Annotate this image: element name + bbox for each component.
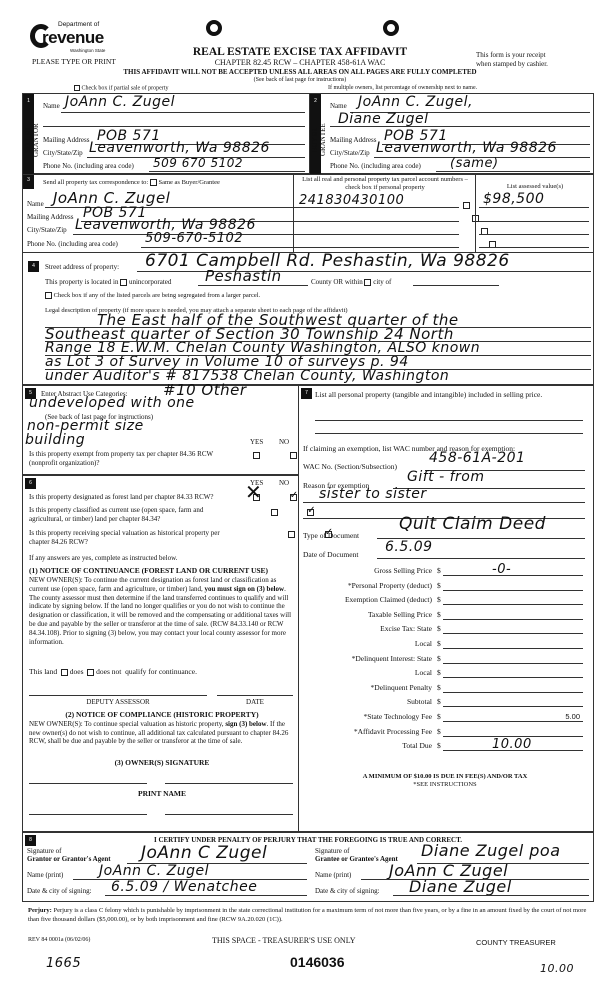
currency-sign: $	[437, 697, 441, 706]
strike-mark-icon: ✕	[245, 480, 262, 504]
exempt-question: Is this property exempt from property ta…	[29, 450, 229, 468]
section-4-property: 4 Street address of property: 6701 Campb…	[22, 253, 594, 385]
multiple-owners-note: If multiple owners, list percentage of o…	[328, 85, 477, 91]
fee-row: Total Due$10.00	[300, 741, 600, 755]
city-of-field[interactable]	[413, 285, 499, 286]
buyer-grantee-label: BUYERGRANTEE	[311, 122, 327, 158]
fee-label: *Delinquent Interest: State	[352, 654, 432, 663]
receipt-note: when stamped by cashier.	[476, 60, 548, 68]
county-treasurer-label: COUNTY TREASURER	[476, 938, 556, 947]
fee-row: *State Technology Fee$5.00	[300, 712, 600, 726]
section-5-abstract-use: 5 Enter Abstract Use Categories: #10 Oth…	[22, 385, 299, 475]
grantor-date-city[interactable]: 6.5.09 / Wenatchee	[111, 879, 257, 895]
assessor-date-field[interactable]	[217, 695, 293, 696]
notice-continuance-text: NEW OWNER(S): To continue the current de…	[29, 576, 295, 646]
fee-row: *Delinquent Penalty$	[300, 683, 600, 697]
currency-sign: $	[437, 639, 441, 648]
notice-compliance-title: (2) NOTICE OF COMPLIANCE (HISTORIC PROPE…	[29, 710, 295, 719]
fee-label: *Personal Property (deduct)	[348, 581, 432, 590]
fee-row: Local$	[300, 639, 600, 653]
within-city-checkbox[interactable]	[364, 279, 371, 286]
section-number: 3	[23, 175, 34, 189]
print-name-label: PRINT NAME	[29, 789, 295, 798]
abstract-use-detail[interactable]: building	[25, 432, 85, 448]
section-number: 6	[25, 478, 36, 489]
buyer-city[interactable]: Leavenworth, Wa 98826	[376, 140, 557, 156]
section-6-designations: 6 YES NO Is this property designated as …	[22, 475, 299, 832]
current-use-yes-checkbox[interactable]	[271, 509, 278, 516]
section-number: 8	[25, 835, 36, 846]
city-row: County OR within city of	[311, 278, 391, 286]
currency-sign: $	[437, 727, 441, 736]
fee-label: Excise Tax: State	[380, 624, 432, 633]
segregated-row: Check box if any of the listed parcels a…	[45, 292, 260, 299]
same-as-buyer-checkbox[interactable]	[150, 179, 157, 186]
currency-sign: $	[437, 741, 441, 750]
seller-city[interactable]: Leavenworth, Wa 98826	[89, 140, 270, 156]
minimum-fee-note: A MINIMUM OF $10.00 IS DUE IN FEE(S) AND…	[309, 773, 581, 780]
handwritten-number: 1665	[46, 956, 81, 971]
see-back-note: (See back of last page for instructions)	[150, 77, 450, 83]
grantee-date-city[interactable]: Diane Zugel	[409, 877, 512, 896]
currency-sign: $	[437, 610, 441, 619]
send-to-row: Send all property tax correspondence to:…	[43, 179, 220, 186]
logo-revenue: Revenue	[42, 28, 104, 48]
section-number: 4	[28, 261, 39, 272]
document-date[interactable]: 6.5.09	[385, 539, 433, 555]
county-value[interactable]: Peshastin	[205, 267, 282, 285]
perjury-notice: Perjury: Perjury is a class C felony whi…	[28, 907, 594, 924]
logo-dept-of: Department of	[58, 21, 99, 28]
abstract-use-detail[interactable]: undeveloped with one	[29, 395, 195, 411]
exempt-yes-checkbox[interactable]	[253, 452, 260, 459]
notice-compliance-text: NEW OWNER(S): To continue special valuat…	[29, 720, 295, 746]
form-warning: THIS AFFIDAVIT WILL NOT BE ACCEPTED UNLE…	[60, 68, 540, 76]
notice-continuance-title: (1) NOTICE OF CONTINUANCE (FOREST LAND O…	[29, 566, 299, 575]
currency-sign: $	[437, 654, 441, 663]
deputy-assessor-signature-field[interactable]	[29, 695, 207, 696]
please-type-label: PLEASE TYPE OR PRINT	[32, 57, 116, 66]
owner-signature-title: (3) OWNER(S) SIGNATURE	[29, 758, 295, 767]
personal-property-label: List all personal property (tangible and…	[315, 390, 575, 400]
form-revision: REV 84 0001a (06/02/06)	[28, 937, 90, 943]
legal-description[interactable]: The East half of the Southwest quarter o…	[45, 313, 595, 383]
buyer-name-2[interactable]: Diane Zugel	[338, 111, 429, 127]
binder-hole-icon	[206, 20, 222, 36]
fee-row: Gross Selling Price$-0-	[300, 566, 600, 580]
fee-label: Taxable Selling Price	[368, 610, 432, 619]
grantor-signature[interactable]: JoAnn C Zugel	[141, 843, 267, 863]
forest-no-checkbox[interactable]	[290, 494, 297, 501]
currency-sign: $	[437, 566, 441, 575]
fee-label: Total Due	[402, 741, 432, 750]
section-2-buyer: 2 BUYERGRANTEE Name JoAnn C. Zugel, Dian…	[309, 93, 594, 174]
personal-property-field[interactable]	[315, 420, 583, 421]
form-title: REAL ESTATE EXCISE TAX AFFIDAVIT	[150, 46, 450, 58]
fee-value-field[interactable]: -0-	[450, 562, 580, 577]
currency-sign: $	[437, 683, 441, 692]
fee-row: Excise Tax: State$	[300, 624, 600, 638]
tax-phone[interactable]: 509-670-5102	[145, 231, 243, 246]
dor-logo: Department of Revenue Washington State	[30, 20, 110, 54]
current-use-question: Is this property classified as current u…	[29, 506, 229, 524]
fee-label: *Affidavit Processing Fee	[354, 727, 432, 736]
form-chapter: CHAPTER 82.45 RCW – CHAPTER 458-61A WAC	[150, 58, 450, 67]
personal-property-field[interactable]	[315, 433, 583, 434]
property-street[interactable]: 6701 Campbell Rd. Peshastin, Wa 98826	[145, 251, 510, 271]
logo-state: Washington State	[70, 48, 105, 53]
document-type[interactable]: Quit Claim Deed	[399, 514, 546, 534]
forest-land-question: Is this property designated as forest la…	[29, 493, 244, 501]
fee-label: Local	[415, 668, 432, 677]
segregated-checkbox[interactable]	[45, 292, 52, 299]
treasurer-use-label: THIS SPACE - TREASURER'S USE ONLY	[212, 936, 356, 945]
fee-row: Taxable Selling Price$	[300, 610, 600, 624]
print-name-field[interactable]	[29, 814, 147, 815]
owner-signature-field[interactable]	[165, 783, 293, 784]
fee-value-field[interactable]: 10.00	[450, 737, 580, 752]
binder-hole-icon	[383, 20, 399, 36]
personal-property-checkbox[interactable]	[463, 202, 470, 209]
parcel-number[interactable]: 241830430100	[299, 193, 404, 208]
owner-signature-field[interactable]	[29, 783, 147, 784]
receipt-note: This form is your receipt	[476, 51, 546, 59]
fee-label: *State Technology Fee	[364, 712, 433, 721]
fee-row: Subtotal$	[300, 697, 600, 711]
historic-question: Is this property receiving special valua…	[29, 529, 229, 547]
section-number: 7	[301, 388, 312, 399]
exempt-no-checkbox[interactable]	[290, 452, 297, 459]
seller-phone[interactable]: 509 670 5102	[153, 156, 243, 170]
fee-value-field[interactable]: 5.00	[450, 712, 580, 721]
wac-number[interactable]: 458-61A-201	[429, 450, 525, 466]
fee-label: Gross Selling Price	[374, 566, 432, 575]
located-row: This property is located in unincorporat…	[45, 278, 171, 286]
assessed-value[interactable]: $98,500	[483, 191, 544, 207]
does-qualify-checkbox[interactable]	[61, 669, 68, 676]
fee-label: Local	[415, 639, 432, 648]
currency-sign: $	[437, 581, 441, 590]
does-not-qualify-checkbox[interactable]	[87, 669, 94, 676]
fee-row: Exemption Claimed (deduct)$	[300, 595, 600, 609]
grantee-signature[interactable]: Diane Zugel poa	[421, 841, 561, 860]
handwritten-amount: 10.00	[540, 962, 574, 975]
currency-sign: $	[437, 595, 441, 604]
partial-sale-row: Check box if partial sale of property	[74, 85, 168, 91]
continuance-row: This land does does not qualify for cont…	[29, 667, 197, 676]
fee-label: Subtotal	[407, 697, 432, 706]
buyer-phone[interactable]: (same)	[450, 156, 499, 171]
section-3-tax-correspondence: 3 Send all property tax correspondence t…	[22, 174, 594, 253]
unincorporated-checkbox[interactable]	[120, 279, 127, 286]
currency-sign: $	[437, 624, 441, 633]
fee-label: *Delinquent Penalty	[371, 683, 432, 692]
section-8-certification: 8 I CERTIFY UNDER PENALTY OF PERJURY THA…	[22, 832, 594, 902]
see-instructions: *SEE INSTRUCTIONS	[309, 781, 581, 788]
fee-row: *Delinquent Interest: State$	[300, 654, 600, 668]
assessed-header: List assessed value(s)	[479, 183, 591, 190]
fee-label: Exemption Claimed (deduct)	[345, 595, 432, 604]
buyer-name[interactable]: JoAnn C. Zugel,	[358, 94, 473, 110]
stamp-number: 0146036	[290, 954, 345, 970]
fee-row: Local$	[300, 668, 600, 682]
currency-sign: $	[437, 668, 441, 677]
seller-grantor-label: SELLERGRANTOR	[24, 122, 40, 158]
exemption-reason-2[interactable]: sister to sister	[319, 486, 427, 502]
section-1-seller: 1 SELLERGRANTOR Name JoAnn C. Zugel Mail…	[22, 93, 310, 174]
currency-sign: $	[437, 712, 441, 721]
print-name-field[interactable]	[165, 814, 293, 815]
seller-name[interactable]: JoAnn C. Zugel	[65, 94, 175, 110]
fee-row: *Personal Property (deduct)$	[300, 581, 600, 595]
grantor-print-name[interactable]: JoAnn C. Zugel	[99, 863, 209, 879]
historic-yes-checkbox[interactable]	[288, 531, 295, 538]
parcel-header: List all real and personal property tax …	[297, 176, 473, 192]
exemption-reason[interactable]: Gift - from	[407, 469, 485, 485]
partial-sale-checkbox[interactable]	[74, 85, 80, 91]
